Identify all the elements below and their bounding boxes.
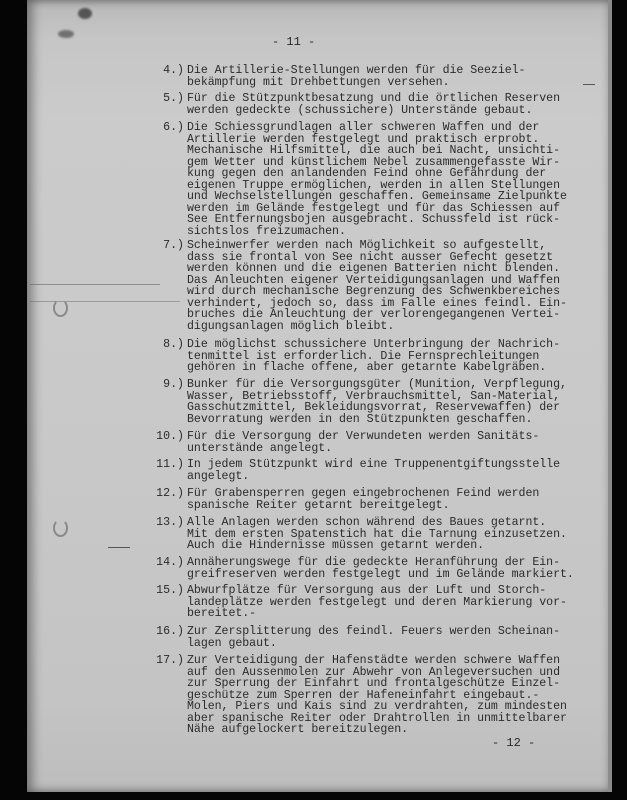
item-number: 7.): [148, 240, 184, 252]
item-number: 5.): [148, 93, 184, 105]
text-line: werden können und die eigenen Batterien …: [187, 263, 567, 275]
text-line: sichtslos freizumachen.: [187, 226, 567, 238]
text-line: digungsanlagen möglich bleibt.: [187, 321, 567, 333]
item-text: Scheinwerfer werden nach Möglichkeit so …: [187, 240, 567, 332]
item-number: 11.): [148, 459, 184, 471]
item-text: In jedem Stützpunkt wird eine Truppenent…: [187, 459, 560, 482]
item-text: Für die Stützpunktbesatzung und die örtl…: [187, 93, 560, 116]
item-text: Alle Anlagen werden schon während des Ba…: [187, 517, 567, 552]
item-number: 4.): [148, 65, 184, 77]
text-line: werden gedeckte (schussichere) Unterstän…: [187, 105, 560, 117]
text-line: Für Grabensperren gegen eingebrochenen F…: [187, 488, 539, 500]
text-line: Auch die Hindernisse müssen getarnt werd…: [187, 540, 567, 552]
margin-line: [30, 284, 160, 285]
scanned-document: - 11 - 4.) Die Artillerie-Stellungen wer…: [0, 0, 627, 800]
item-number: 17.): [148, 655, 184, 667]
text-line: und Wechselstellungen geschaffen. Gemein…: [187, 191, 567, 203]
text-line: spanische Reiter getarnt bereitgelegt.: [187, 500, 539, 512]
text-line: Alle Anlagen werden schon während des Ba…: [187, 517, 567, 529]
text-line: zur Sperrung der Einfahrt und frontalges…: [187, 678, 567, 690]
text-line: In jedem Stützpunkt wird eine Truppenent…: [187, 459, 560, 471]
text-line: Gasschutzmittel, Bekleidungsvorrat, Rese…: [187, 402, 567, 414]
text-line: bereitet.-: [187, 608, 567, 620]
margin-line: [30, 301, 180, 302]
text-line: Molen, Piers und Kais sind zu verdrahten…: [187, 701, 567, 713]
item-text: Für die Versorgung der Verwundeten werde…: [187, 431, 539, 454]
item-text: Für Grabensperren gegen eingebrochenen F…: [187, 488, 539, 511]
text-line: bekämpfung mit Drehbettungen versehen.: [187, 77, 525, 89]
item-number: 13.): [148, 517, 184, 529]
text-line: Zur Zersplitterung des feindl. Feuers we…: [187, 626, 560, 638]
ink-smudge: [78, 8, 92, 19]
text-line: lagen gebaut.: [187, 638, 560, 650]
item-number: 10.): [148, 431, 184, 443]
text-line: Die möglichst schussichere Unterbringung…: [187, 339, 560, 351]
text-line: Nähe aufgelockert bereitzulegen.: [187, 724, 567, 736]
text-line: Abwurfplätze für Versorgung aus der Luft…: [187, 585, 567, 597]
text-line: Scheinwerfer werden nach Möglichkeit so …: [187, 240, 567, 252]
item-text: Zur Verteidigung der Hafenstädte werden …: [187, 655, 567, 736]
text-line: Bevorratung werden in den Stützpunkten g…: [187, 414, 567, 426]
stray-dash: [583, 84, 595, 85]
stray-dash: [108, 547, 130, 548]
item-number: 12.): [148, 488, 184, 500]
page-edge: [608, 0, 612, 792]
ink-smudge: [58, 30, 74, 38]
text-line: Die Schiessgrundlagen aller schweren Waf…: [187, 122, 567, 134]
item-number: 9.): [148, 379, 184, 391]
item-text: Annäherungswege für die gedeckte Heranfü…: [187, 557, 574, 580]
punch-hole-mark: [53, 519, 68, 537]
item-number: 15.): [148, 585, 184, 597]
text-line: wird durch mechanische Begrenzung des Sc…: [187, 286, 567, 298]
footer-page-number: - 12 -: [492, 736, 535, 750]
text-line: Annäherungswege für die gedeckte Heranfü…: [187, 557, 574, 569]
item-text: Abwurfplätze für Versorgung aus der Luft…: [187, 585, 567, 620]
text-line: Die Artillerie-Stellungen werden für die…: [187, 65, 525, 77]
item-text: Bunker für die Versorgungsgüter (Munitio…: [187, 379, 567, 425]
text-line: unterstände angelegt.: [187, 443, 539, 455]
item-number: 8.): [148, 339, 184, 351]
item-number: 16.): [148, 626, 184, 638]
text-line: See Entfernungsbojen ausgebracht. Schuss…: [187, 214, 567, 226]
item-number: 14.): [148, 557, 184, 569]
text-line: Bunker für die Versorgungsgüter (Munitio…: [187, 379, 567, 391]
text-line: bruches die Anleuchtung der verlorengega…: [187, 309, 567, 321]
item-text: Die Schiessgrundlagen aller schweren Waf…: [187, 122, 567, 237]
item-number: 6.): [148, 122, 184, 134]
text-line: Für die Stützpunktbesatzung und die örtl…: [187, 93, 560, 105]
text-line: Zur Verteidigung der Hafenstädte werden …: [187, 655, 567, 667]
text-line: angelegt.: [187, 471, 560, 483]
header-page-number: - 11 -: [272, 35, 315, 49]
text-line: greifreserven werden festgelegt und im G…: [187, 569, 574, 581]
text-line: kung gegen den anlandenden Feind ohne Ge…: [187, 168, 567, 180]
item-text: Die Artillerie-Stellungen werden für die…: [187, 65, 525, 88]
item-text: Die möglichst schussichere Unterbringung…: [187, 339, 560, 374]
item-text: Zur Zersplitterung des feindl. Feuers we…: [187, 626, 560, 649]
text-line: Für die Versorgung der Verwundeten werde…: [187, 431, 539, 443]
text-line: gehören in flache offene, aber getarnte …: [187, 362, 560, 374]
text-line: Mechanische Hilfsmittel, die auch bei Na…: [187, 145, 567, 157]
